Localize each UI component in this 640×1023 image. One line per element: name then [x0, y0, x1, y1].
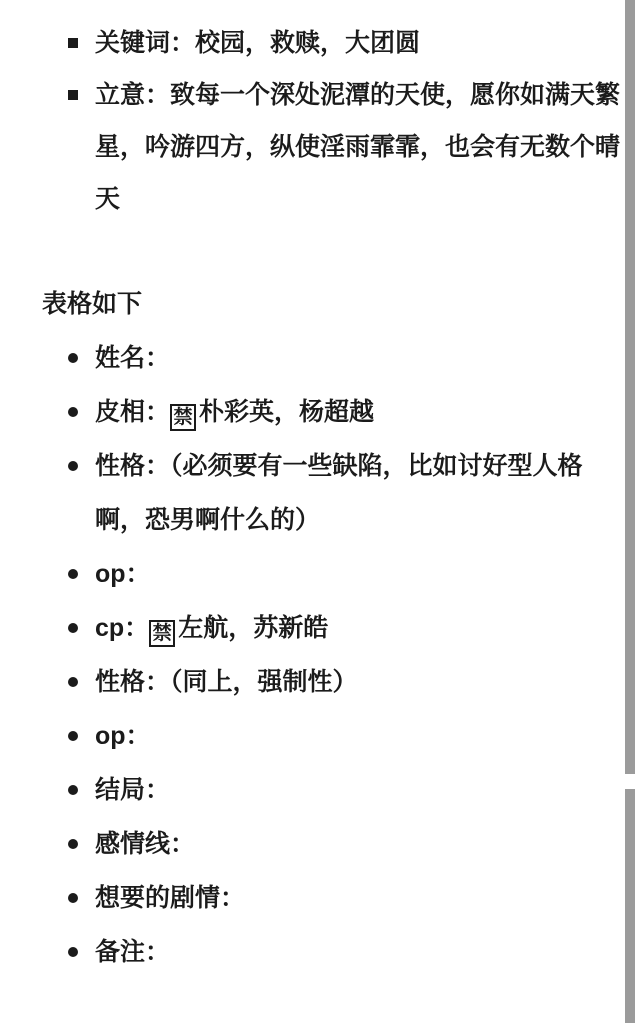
text-run: 啊，恐男啊什么的）: [95, 506, 320, 534]
text-line: cp：禁左航，苏新皓: [95, 601, 640, 655]
text-line: 星，吟游四方，纵使淫雨霏霏，也会有无数个晴: [95, 121, 640, 173]
text-run: 左航，苏新皓: [178, 614, 328, 642]
list-item: 结局：: [0, 763, 640, 817]
list-item: cp：禁左航，苏新皓: [0, 601, 640, 655]
text-run: 皮相：: [95, 398, 170, 426]
text-line: op：: [95, 709, 640, 763]
list-item-text: 想要的剧情：: [95, 871, 640, 925]
list-item: 立意：致每一个深处泥潭的天使，愿你如满天繁星，吟游四方，纵使淫雨霏霏，也会有无数…: [0, 69, 640, 225]
form-list: 姓名：皮相：禁朴彩英，杨超越性格：（必须要有一些缺陷，比如讨好型人格啊，恐男啊什…: [0, 331, 640, 979]
intro-list: 关键词：校园，救赎，大团圆立意：致每一个深处泥潭的天使，愿你如满天繁星，吟游四方…: [0, 0, 640, 225]
text-run: cp：: [95, 614, 149, 642]
list-item-text: op：: [95, 547, 640, 601]
disc-bullet-glyph: [68, 407, 78, 417]
text-run: op：: [95, 722, 151, 750]
list-item-text: 性格：（必须要有一些缺陷，比如讨好型人格啊，恐男啊什么的）: [95, 439, 640, 547]
text-line: 皮相：禁朴彩英，杨超越: [95, 385, 640, 439]
list-item-text: 性格：（同上，强制性）: [95, 655, 640, 709]
prohibited-boxed-char: 禁: [149, 620, 175, 647]
text-line: 结局：: [95, 763, 640, 817]
text-line: 关键词：校园，救赎，大团圆: [95, 17, 640, 69]
list-item: op：: [0, 709, 640, 763]
text-line: 感情线：: [95, 817, 640, 871]
square-bullet-icon: [68, 17, 95, 69]
text-run: 天: [95, 185, 120, 213]
text-run: 结局：: [95, 776, 170, 804]
disc-bullet-glyph: [68, 947, 78, 957]
text-line: 天: [95, 173, 640, 225]
list-item-text: 关键词：校园，救赎，大团圆: [95, 17, 640, 69]
disc-bullet-icon: [68, 439, 95, 493]
list-item: 想要的剧情：: [0, 871, 640, 925]
text-run: 星，吟游四方，纵使淫雨霏霏，也会有无数个晴: [95, 133, 620, 161]
scrollbar-thumb-upper[interactable]: [625, 0, 635, 774]
text-line: 想要的剧情：: [95, 871, 640, 925]
prohibited-boxed-char: 禁: [170, 404, 196, 431]
list-item: 性格：（同上，强制性）: [0, 655, 640, 709]
disc-bullet-icon: [68, 385, 95, 439]
text-line: 立意：致每一个深处泥潭的天使，愿你如满天繁: [95, 69, 640, 121]
text-line: 啊，恐男啊什么的）: [95, 493, 640, 547]
text-run: 性格：（同上，强制性）: [95, 668, 358, 696]
disc-bullet-icon: [68, 871, 95, 925]
square-bullet-glyph: [68, 38, 78, 48]
list-item-text: 结局：: [95, 763, 640, 817]
text-run: 性格：（必须要有一些缺陷，比如讨好型人格: [95, 452, 583, 480]
text-run: 关键词：校园，救赎，大团圆: [95, 29, 420, 57]
list-item-text: 皮相：禁朴彩英，杨超越: [95, 385, 640, 439]
disc-bullet-icon: [68, 817, 95, 871]
disc-bullet-icon: [68, 601, 95, 655]
text-line: 备注：: [95, 925, 640, 979]
disc-bullet-icon: [68, 331, 95, 385]
list-item: 姓名：: [0, 331, 640, 385]
scrollbar-thumb-lower[interactable]: [625, 789, 635, 1023]
disc-bullet-glyph: [68, 461, 78, 471]
text-run: op：: [95, 560, 151, 588]
disc-bullet-glyph: [68, 839, 78, 849]
text-line: op：: [95, 547, 640, 601]
disc-bullet-icon: [68, 709, 95, 763]
disc-bullet-icon: [68, 547, 95, 601]
text-line: 性格：（必须要有一些缺陷，比如讨好型人格: [95, 439, 640, 493]
square-bullet-icon: [68, 69, 95, 121]
disc-bullet-glyph: [68, 785, 78, 795]
disc-bullet-icon: [68, 655, 95, 709]
document-page: 关键词：校园，救赎，大团圆立意：致每一个深处泥潭的天使，愿你如满天繁星，吟游四方…: [0, 0, 640, 1023]
list-item-text: 姓名：: [95, 331, 640, 385]
list-item: 性格：（必须要有一些缺陷，比如讨好型人格啊，恐男啊什么的）: [0, 439, 640, 547]
list-item-text: 感情线：: [95, 817, 640, 871]
list-item-text: 立意：致每一个深处泥潭的天使，愿你如满天繁星，吟游四方，纵使淫雨霏霏，也会有无数…: [95, 69, 640, 225]
list-item: 关键词：校园，救赎，大团圆: [0, 17, 640, 69]
list-item: 皮相：禁朴彩英，杨超越: [0, 385, 640, 439]
list-item-text: 备注：: [95, 925, 640, 979]
list-item: op：: [0, 547, 640, 601]
list-item: 感情线：: [0, 817, 640, 871]
section-heading: 表格如下: [0, 277, 640, 331]
text-run: 备注：: [95, 938, 170, 966]
text-line: 性格：（同上，强制性）: [95, 655, 640, 709]
text-run: 立意：致每一个深处泥潭的天使，愿你如满天繁: [95, 81, 620, 109]
text-run: 想要的剧情：: [95, 884, 245, 912]
disc-bullet-glyph: [68, 893, 78, 903]
text-line: 姓名：: [95, 331, 640, 385]
list-item: 备注：: [0, 925, 640, 979]
list-item-text: cp：禁左航，苏新皓: [95, 601, 640, 655]
square-bullet-glyph: [68, 90, 78, 100]
disc-bullet-glyph: [68, 731, 78, 741]
list-item-text: op：: [95, 709, 640, 763]
disc-bullet-icon: [68, 763, 95, 817]
disc-bullet-glyph: [68, 623, 78, 633]
disc-bullet-glyph: [68, 569, 78, 579]
text-run: 感情线：: [95, 830, 195, 858]
disc-bullet-glyph: [68, 353, 78, 363]
text-run: 姓名：: [95, 344, 170, 372]
disc-bullet-glyph: [68, 677, 78, 687]
text-run: 朴彩英，杨超越: [199, 398, 374, 426]
disc-bullet-icon: [68, 925, 95, 979]
